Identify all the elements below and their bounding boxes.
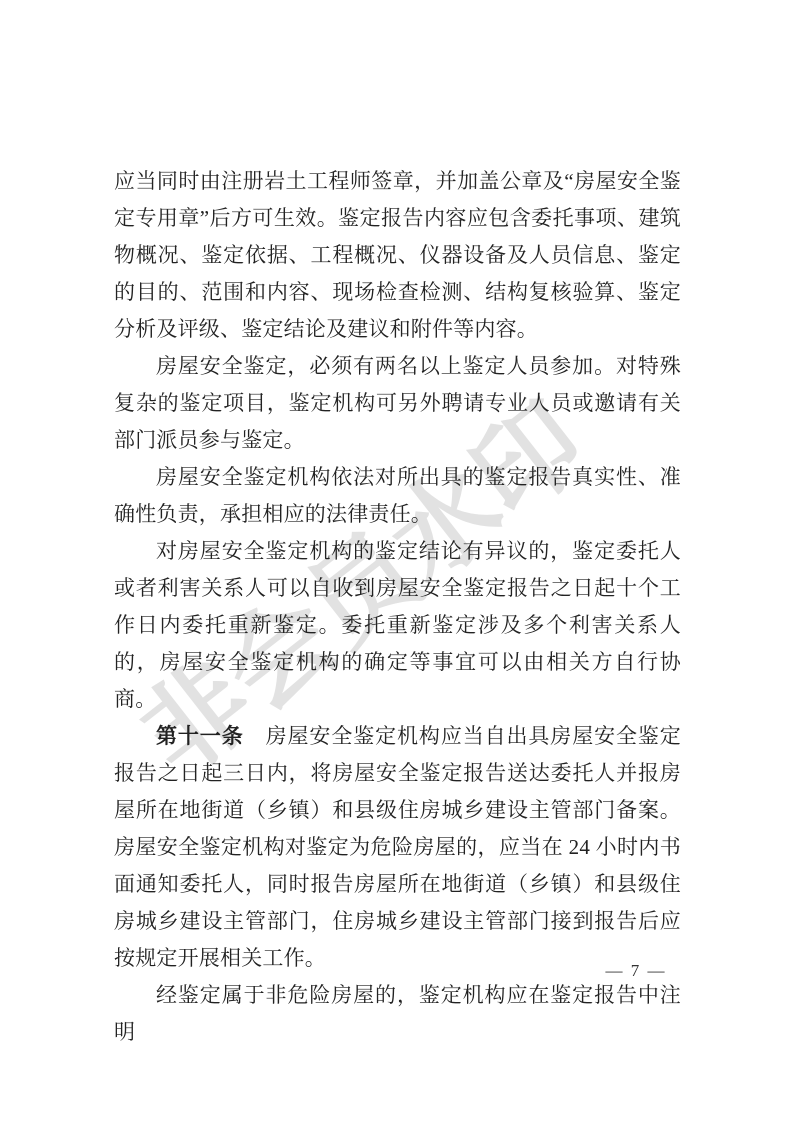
page-number: — 7 — <box>594 961 678 981</box>
paragraph-two-appraisers: 房屋安全鉴定，必须有两名以上鉴定人员参加。对特殊复杂的鉴定项目，鉴定机构可另外聘… <box>114 348 681 459</box>
paragraph-continuation: 应当同时由注册岩土工程师签章，并加盖公章及“房屋安全鉴定专用章”后方可生效。鉴定… <box>114 163 681 348</box>
paragraph-article-11: 第十一条房屋安全鉴定机构应当自出具房屋安全鉴定报告之日起三日内，将房屋安全鉴定报… <box>114 718 681 977</box>
document-page: 非会员水印 应当同时由注册岩土工程师签章，并加盖公章及“房屋安全鉴定专用章”后方… <box>0 0 794 1123</box>
paragraph-non-dangerous: 经鉴定属于非危险房屋的，鉴定机构应在鉴定报告中注明 <box>114 977 681 1051</box>
article-11-text: 房屋安全鉴定机构应当自出具房屋安全鉴定报告之日起三日内，将房屋安全鉴定报告送达委… <box>114 724 681 970</box>
document-body: 应当同时由注册岩土工程师签章，并加盖公章及“房屋安全鉴定专用章”后方可生效。鉴定… <box>114 163 681 1051</box>
paragraph-objection-reappraisal: 对房屋安全鉴定机构的鉴定结论有异议的，鉴定委托人或者利害关系人可以自收到房屋安全… <box>114 533 681 718</box>
article-11-number: 第十一条 <box>156 725 244 748</box>
paragraph-legal-responsibility: 房屋安全鉴定机构依法对所出具的鉴定报告真实性、准确性负责，承担相应的法律责任。 <box>114 459 681 533</box>
